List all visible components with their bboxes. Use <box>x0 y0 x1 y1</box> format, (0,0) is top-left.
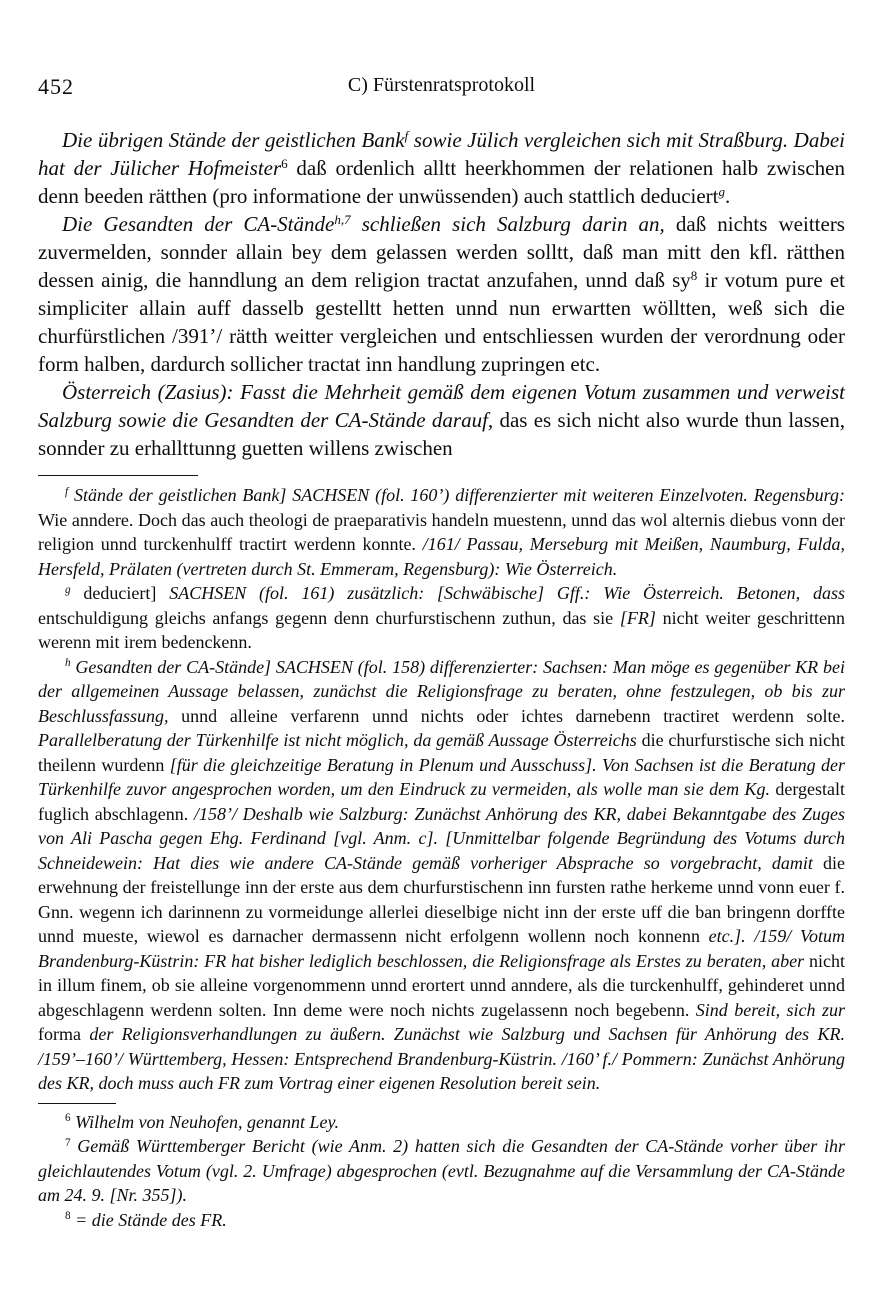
footnote: f Stände der geistlichen Bank] SACHSEN (… <box>38 483 845 581</box>
footnotes-numbered: 6 Wilhelm von Neuhofen, genannt Ley. 7 G… <box>38 1110 845 1233</box>
paragraph: Die übrigen Stände der geistlichen Bankf… <box>38 126 845 210</box>
page-header: 452 C) Fürstenratsprotokoll <box>38 74 845 104</box>
footnote-separator <box>38 475 198 476</box>
main-text: Die übrigen Stände der geistlichen Bankf… <box>38 126 845 462</box>
footnote: 7 Gemäß Württemberger Bericht (wie Anm. … <box>38 1134 845 1208</box>
footnote: h Gesandten der CA-Stände] SACHSEN (fol.… <box>38 655 845 1096</box>
footnote: g deduciert] SACHSEN (fol. 161) zusätzli… <box>38 581 845 655</box>
footnote-separator-2 <box>38 1103 116 1104</box>
paragraph: Österreich (Zasius): Fasst die Mehrheit … <box>38 378 845 462</box>
paragraph: Die Gesandten der CA-Ständeh,7 schließen… <box>38 210 845 378</box>
book-page: 452 C) Fürstenratsprotokoll Die übrigen … <box>0 0 891 1300</box>
footnote: 6 Wilhelm von Neuhofen, genannt Ley. <box>38 1110 845 1135</box>
footnotes-apparatus: f Stände der geistlichen Bank] SACHSEN (… <box>38 483 845 1096</box>
footnote: 8 = die Stände des FR. <box>38 1208 845 1233</box>
page-number: 452 <box>38 74 74 100</box>
running-head: C) Fürstenratsprotokoll <box>38 74 845 97</box>
